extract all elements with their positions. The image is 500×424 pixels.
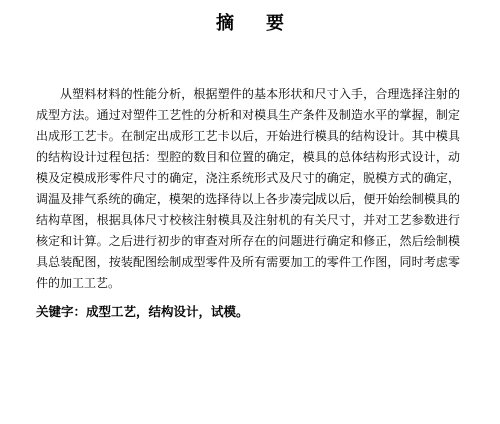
page-title: 摘 要 [0,11,500,35]
keywords-line: 关键字：成型工艺，结构设计，试模。 [36,302,460,323]
document-page[interactable]: 摘 要 从塑料材料的性能分析，根据塑件的基本形状和尺寸入手，合理选择注射的 成型… [0,0,500,424]
paragraph-line: 模及定模成形零件尺寸的确定，浇注系统形式及尺寸的确定，脱模方式的确定， [36,168,460,189]
paragraph-line-text: 调温及排气系统的确定，模架的选择待以上各步凑完 [36,192,314,206]
paragraph-line-text: 成以后，便开始绘制模具的 [315,192,460,206]
paragraph-line: 结构草图，根据具体尺寸校核注射模具及注射机的有关尺寸，并对工艺参数进行 [36,210,460,231]
paragraph-line: 具总装配图，按装配图绘制成型零件及所有需要加工的零件工作图，同时考虑零 [36,252,460,273]
abstract-paragraph: 从塑料材料的性能分析，根据塑件的基本形状和尺寸入手，合理选择注射的 成型方法。通… [36,84,460,294]
paragraph-line: 核定和计算。之后进行初步的审查对所存在的问题进行确定和修正，然后绘制模 [36,231,460,252]
paragraph-line: 出成形工艺卡。在制定出成形工艺卡以后，开始进行模具的结构设计。其中模具 [36,126,460,147]
paragraph-line: 的结构设计过程包括：型腔的数目和位置的确定，模具的总体结构形式设计，动 [36,147,460,168]
paragraph-line: 件的加工工艺。 [36,273,460,294]
paragraph-line-with-cursor: 调温及排气系统的确定，模架的选择待以上各步凑完成以后，便开始绘制模具的 [36,189,460,210]
paragraph-line: 从塑料材料的性能分析，根据塑件的基本形状和尺寸入手，合理选择注射的 [36,84,460,105]
paragraph-line: 成型方法。通过对塑件工艺性的分析和对模具生产条件及制造水平的掌握，制定 [36,105,460,126]
